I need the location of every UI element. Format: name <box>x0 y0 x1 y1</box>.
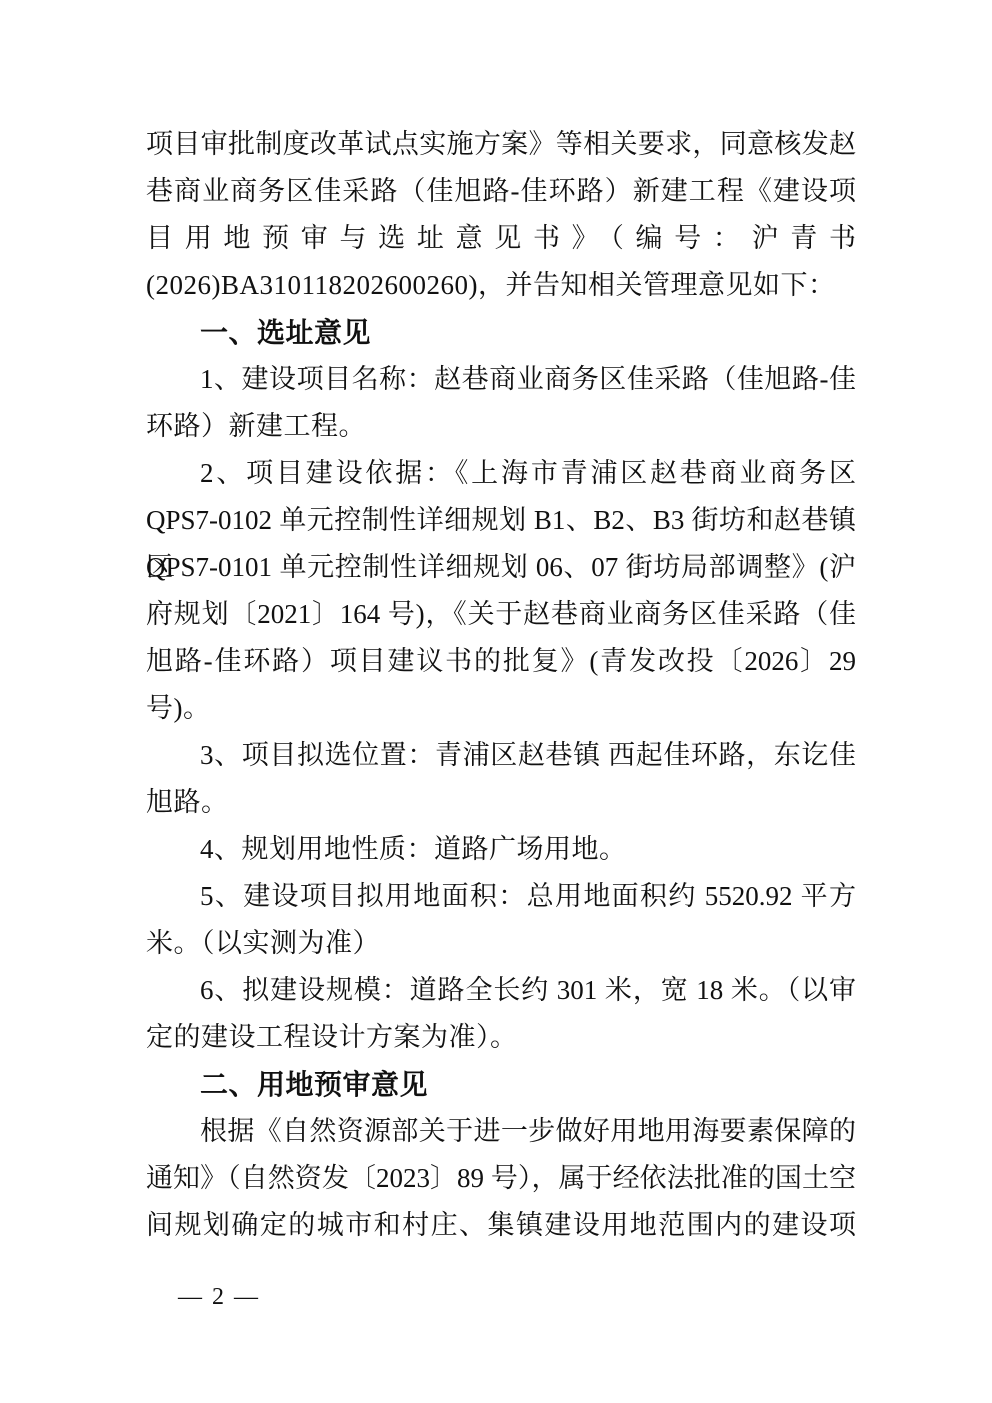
document-body-text: 项目审批制度改革试点实施方案》等相关要求，同意核发赵巷商业商务区佳采路（佳旭路-… <box>146 121 856 1249</box>
text-line: 米。（以实测为准） <box>146 920 856 967</box>
text-line: 1、建设项目名称：赵巷商业商务区佳采路（佳旭路-佳 <box>146 356 856 403</box>
text-line: 6、拟建设规模：道路全长约 301 米，宽 18 米。（以审 <box>146 967 856 1014</box>
text-line: 旭路-佳环路）项目建议书的批复》(青发改投〔2026〕29 <box>146 638 856 685</box>
text-line: 巷商业商务区佳采路（佳旭路-佳环路）新建工程《建设项 <box>146 168 856 215</box>
text-line: QPS7-0101 单元控制性详细规划 06、07 街坊局部调整》(沪 <box>146 544 856 591</box>
text-line: 定的建设工程设计方案为准）。 <box>146 1014 856 1061</box>
text-line: 目用地预审与选址意见书》（编号：沪青书 <box>146 215 856 262</box>
text-line: 二、用地预审意见 <box>146 1061 856 1108</box>
text-line: 5、建设项目拟用地面积：总用地面积约 5520.92 平方 <box>146 873 856 920</box>
text-line: 号)。 <box>146 685 856 732</box>
text-line: 根据《自然资源部关于进一步做好用地用海要素保障的 <box>146 1108 856 1155</box>
text-line: 4、规划用地性质：道路广场用地。 <box>146 826 856 873</box>
text-line: 一、选址意见 <box>146 309 856 356</box>
page-number: — 2 — <box>178 1283 260 1311</box>
text-line: 间规划确定的城市和村庄、集镇建设用地范围内的建设项 <box>146 1202 856 1249</box>
text-line: 环路）新建工程。 <box>146 403 856 450</box>
document-page: 项目审批制度改革试点实施方案》等相关要求，同意核发赵巷商业商务区佳采路（佳旭路-… <box>0 0 992 1403</box>
text-line: 旭路。 <box>146 779 856 826</box>
text-line: 3、项目拟选位置：青浦区赵巷镇 西起佳环路，东讫佳 <box>146 732 856 779</box>
text-line: 项目审批制度改革试点实施方案》等相关要求，同意核发赵 <box>146 121 856 168</box>
text-line: 府规划〔2021〕164 号)，《关于赵巷商业商务区佳采路（佳 <box>146 591 856 638</box>
text-line: QPS7-0102 单元控制性详细规划 B1、B2、B3 街坊和赵巷镇区 <box>146 497 856 544</box>
text-line: 2、项目建设依据：《上海市青浦区赵巷商业商务区 <box>146 450 856 497</box>
text-line: (2026)BA310118202600260)，并告知相关管理意见如下： <box>146 262 856 309</box>
text-line: 通知》（自然资发〔2023〕89 号），属于经依法批准的国土空 <box>146 1155 856 1202</box>
